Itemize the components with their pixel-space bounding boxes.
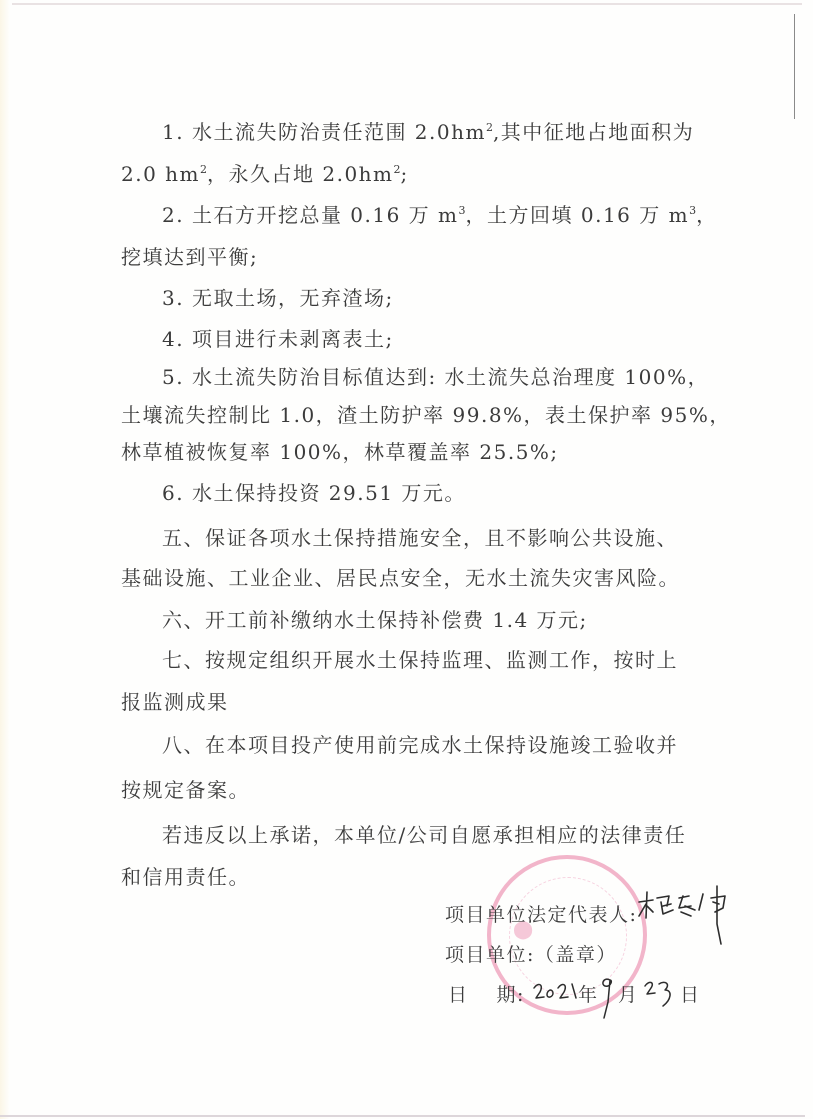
breach-line-2: 和信用责任。 (121, 865, 250, 889)
scan-line (794, 14, 795, 119)
item-2-line-1: 2. 土石方开挖总量 0.16 万 m3，土方回填 0.16 万 m3， (162, 203, 718, 227)
project-unit-label: 项目单位:（盖章） (445, 940, 617, 967)
legal-rep-label: 项目单位法定代表人: (445, 900, 637, 927)
superscript: 3 (459, 204, 466, 217)
item-1-line-1: 1. 水土流失防治责任范围 2.0hm2,其中征地占地面积为 (162, 120, 694, 144)
item-6: 6. 水土保持投资 29.51 万元。 (162, 481, 466, 505)
item-3: 3. 无取土场，无弃渣场; (162, 286, 394, 310)
handwritten-day (643, 978, 679, 1012)
clause-seven-line-2: 报监测成果 (121, 690, 229, 714)
text: ， (696, 203, 718, 227)
handwritten-month (596, 972, 620, 1024)
clause-seven-line-1: 七、按规定组织开展水土保持监理、监测工作，按时上 (162, 648, 678, 672)
clause-eight-line-1: 八、在本项目投产使用前完成水土保持设施竣工验收并 (162, 733, 678, 757)
text: 2. 土石方开挖总量 0.16 万 m (162, 203, 459, 227)
top-border (12, 3, 802, 5)
text: ，土方回填 0.16 万 m (466, 203, 690, 227)
item-1-line-2: 2.0 hm2，永久占地 2.0hm2; (121, 162, 409, 186)
clause-eight-line-2: 按规定备案。 (121, 778, 250, 802)
date-label: 日 期: (448, 984, 525, 1006)
bottom-border (0, 1115, 805, 1117)
day-suffix: 日 (680, 980, 701, 1007)
month-suffix: 月 (618, 980, 639, 1007)
text: 1. 水土流失防治责任范围 2.0hm (162, 120, 486, 144)
superscript: 2 (200, 163, 207, 176)
item-5-line-2: 土壤流失控制比 1.0，渣土防护率 99.8%，表土保护率 95%， (121, 403, 731, 427)
item-5-line-1: 5. 水土流失防治目标值达到: 水土流失总治理度 100%， (162, 365, 709, 389)
document-page: 1. 水土流失防治责任范围 2.0hm2,其中征地占地面积为 2.0 hm2，永… (0, 0, 813, 1119)
text: ，永久占地 2.0hm (207, 162, 394, 186)
breach-line-1: 若违反以上承诺，本单位/公司自愿承担相应的法律责任 (162, 823, 686, 847)
scan-edge (0, 0, 10, 1119)
clause-six: 六、开工前补缴纳水土保持补偿费 1.4 万元; (162, 608, 588, 632)
superscript: 2 (394, 163, 401, 176)
text: ; (401, 162, 409, 186)
clause-five-line-2: 基础设施、工业企业、居民点安全，无水土流失灾害风险。 (121, 566, 680, 590)
text: ,其中征地占地面积为 (493, 120, 694, 144)
text: 2.0 hm (121, 162, 200, 186)
date-row: 日 期: (448, 980, 525, 1007)
item-4: 4. 项目进行未剥离表土; (162, 327, 394, 351)
item-5-line-3: 林草植被恢复率 100%，林草覆盖率 25.5%; (121, 440, 559, 464)
handwritten-signature (633, 884, 743, 954)
clause-five-line-1: 五、保证各项水土保持措施安全，且不影响公共设施、 (162, 526, 678, 550)
superscript: 2 (486, 121, 493, 134)
item-2-line-2: 挖填达到平衡; (121, 245, 258, 269)
